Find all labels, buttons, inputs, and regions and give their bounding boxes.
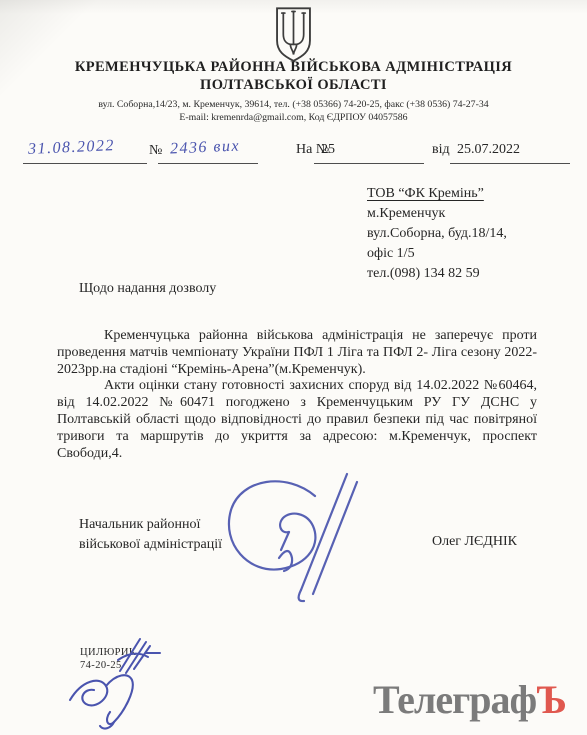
outgoing-number-handwritten: 2436 вих [170,137,241,158]
outgoing-date-handwritten: 31.08.2022 [28,137,116,159]
org-name-line2: ПОЛТАВСЬКОЇ ОБЛАСТІ [0,77,587,94]
letter-body: Кременчуцька районна військова адміністр… [57,328,537,462]
in-reply-date: 25.07.2022 [457,142,520,158]
signer-name: Олег ЛЄДНІК [432,534,517,550]
recipient-city: м.Кременчук [367,204,507,224]
in-reply-number: 25 [321,142,335,158]
number-sign: № [149,143,162,159]
watermark-gray-text: Телеграф [373,677,536,722]
org-address: вул. Соборна,14/23, м. Кременчук, 39614,… [0,99,587,110]
org-name-line1: КРЕМЕНЧУЦЬКА РАЙОННА ВІЙСЬКОВА АДМІНІСТР… [0,59,587,76]
underline-outgoing-date [23,162,147,164]
secondary-scribble-ink-icon [66,670,148,734]
body-paragraph-1: Кременчуцька районна військова адміністр… [57,328,537,378]
recipient-name: ТОВ “ФК Кремінь” [367,184,507,204]
recipient-office: офіс 1/5 [367,244,507,264]
recipient-phone: тел.(098) 134 82 59 [367,264,507,284]
recipient-street: вул.Соборна, буд.18/14, [367,224,507,244]
in-reply-date-label: від [432,142,450,158]
signature-ink-icon [215,468,375,608]
signer-title-line1: Начальник районної [79,517,200,533]
ukraine-trident-icon [270,6,317,64]
body-paragraph-2: Акти оцінки стану готовності захисних сп… [57,378,537,462]
telegraf-watermark: ТелеграфЪ [373,676,566,723]
underline-in-reply-number [314,162,424,164]
signer-title-line2: військової адміністрації [79,537,222,553]
org-email-line: E-mail: kremenrda@gmail.com, Код ЄДРПОУ … [0,112,587,123]
watermark-red-letter: Ъ [536,677,566,722]
underline-in-reply-date [450,162,570,164]
scanned-letter-page: КРЕМЕНЧУЦЬКА РАЙОННА ВІЙСЬКОВА АДМІНІСТР… [0,0,587,735]
underline-outgoing-number [158,162,258,164]
recipient-block: ТОВ “ФК Кремінь” м.Кременчук вул.Соборна… [367,184,507,284]
subject-line: Щодо надання дозволу [79,281,216,297]
